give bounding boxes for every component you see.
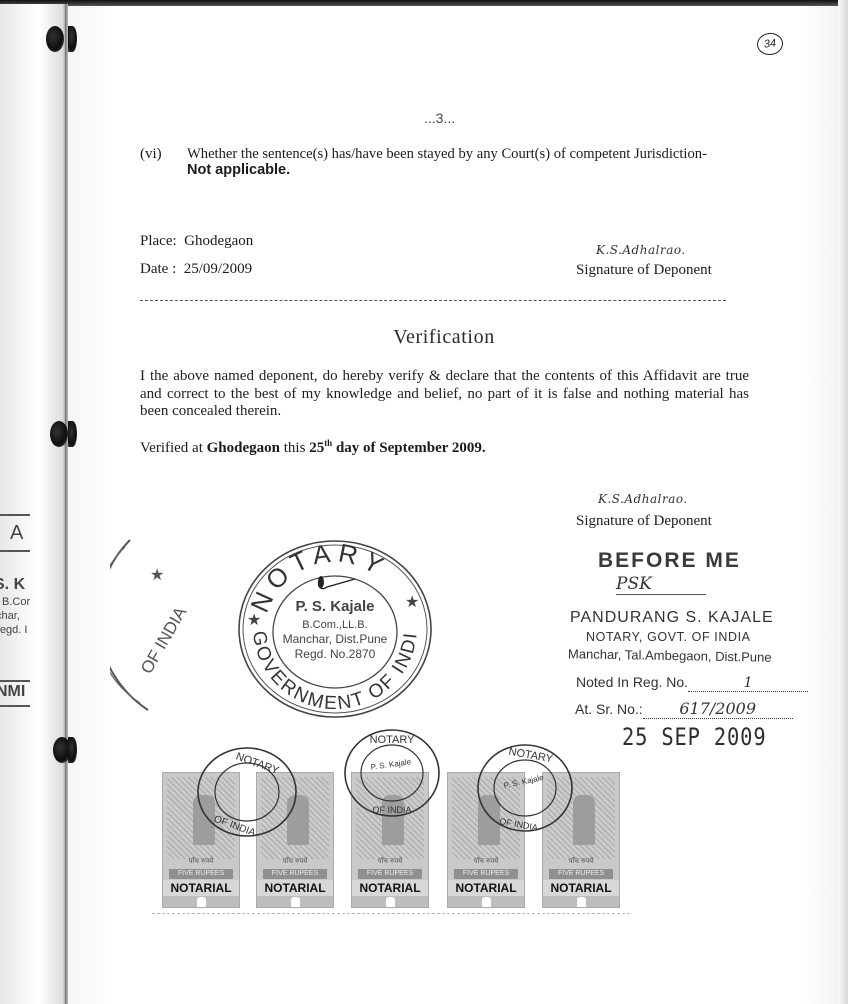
signature-caption: Signature of Deponent	[576, 262, 712, 279]
place-label: Place:	[140, 233, 177, 249]
reg-value: 1	[688, 675, 808, 692]
notary-signature: PSK	[616, 574, 706, 595]
punch-hole	[46, 26, 64, 52]
svg-text:NOTARY: NOTARY	[508, 746, 555, 766]
lion-capital-icon	[573, 795, 595, 845]
svg-text:NOTARY: NOTARY	[370, 734, 415, 746]
bleed-text: B.Cor	[2, 596, 30, 608]
serial-number-line: At. Sr. No.:617/2009	[575, 699, 793, 719]
bleed-text: char,	[0, 610, 20, 622]
before-me-stamp: BEFORE ME	[598, 549, 741, 573]
partial-seal-text: OF INDIA	[137, 603, 191, 677]
notary-title: NOTARY, GOVT. OF INDIA	[586, 630, 751, 644]
verification-signature: K.S.Adhalrao.	[598, 492, 688, 506]
verified-mid: this	[280, 440, 309, 456]
place-value: Ghodegaon	[184, 233, 253, 249]
deponent-signature: K.S.Adhalrao.	[596, 243, 686, 257]
verification-body: I the above named deponent, do hereby ve…	[140, 368, 749, 421]
left-page-stamp-fragment: A S. K B.Cor char, Regd. I NMI	[0, 510, 32, 720]
item-question: Whether the sentence(s) has/have been st…	[187, 146, 707, 163]
seal-signature	[319, 577, 355, 589]
place-field: Place: Ghodegaon	[140, 233, 253, 250]
india-map-icon	[386, 897, 395, 908]
page-marker: ...3...	[424, 110, 455, 126]
bleed-text: A	[10, 522, 23, 545]
signature-caption: Signature of Deponent	[576, 513, 712, 530]
svg-text:P. S. Kajale: P. S. Kajale	[370, 757, 412, 772]
svg-text:★: ★	[150, 567, 164, 584]
scan-right-edge	[838, 0, 848, 1004]
svg-text:Regd. No.2870: Regd. No.2870	[295, 647, 376, 661]
date-label: Date :	[140, 261, 176, 277]
svg-text:★: ★	[247, 612, 261, 629]
svg-text:P. S. Kajale: P. S. Kajale	[296, 598, 375, 615]
left-page-edge	[0, 4, 66, 1004]
partial-notary-seal: OF INDIA ★	[110, 535, 200, 715]
notary-name: PANDURANG S. KAJALE	[570, 609, 774, 627]
india-map-icon	[577, 897, 586, 908]
date-stamp: 25 SEP 2009	[622, 723, 766, 751]
dashed-divider	[140, 300, 726, 301]
bleed-text: S. K	[0, 576, 25, 594]
verified-day: 25th day of September 2009.	[309, 440, 485, 456]
notary-seal: NOTARY GOVERNMENT OF INDIA ★ ★ P. S. Kaj…	[235, 537, 435, 722]
stamp-cancel-seal: NOTARY OF INDIA	[195, 745, 300, 840]
register-number-line: Noted In Reg. No.1	[576, 674, 808, 692]
punch-hole	[68, 737, 77, 763]
stamp-cancel-seal: NOTARY P. S. Kajale OF INDIA	[342, 727, 442, 819]
svg-text:OF INDIA: OF INDIA	[372, 805, 411, 815]
binding-spine	[65, 4, 68, 1004]
verification-heading: Verification	[0, 326, 848, 349]
date-value: 25/09/2009	[184, 261, 252, 277]
verified-place: Ghodegaon	[207, 440, 280, 456]
india-map-icon	[197, 897, 206, 908]
item-number: (vi)	[140, 146, 162, 163]
punch-hole	[68, 421, 77, 447]
india-map-icon	[291, 897, 300, 908]
punch-hole	[50, 421, 68, 447]
india-map-icon	[482, 897, 491, 908]
date-field: Date : 25/09/2009	[140, 261, 252, 278]
svg-text:Manchar, Dist.Pune: Manchar, Dist.Pune	[283, 632, 388, 646]
sr-value: 617/2009	[643, 699, 793, 719]
bleed-text: Regd. I	[0, 624, 27, 636]
bleed-text: NMI	[0, 683, 25, 701]
svg-text:★: ★	[405, 594, 419, 611]
reg-label: Noted In Reg. No.	[576, 674, 688, 690]
sr-label: At. Sr. No.:	[575, 701, 643, 717]
svg-text:P. S. Kajale: P. S. Kajale	[503, 773, 545, 790]
verified-at-line: Verified at Ghodegaon this 25th day of S…	[140, 438, 486, 457]
item-answer: Not applicable.	[187, 162, 290, 178]
punch-hole	[68, 26, 77, 52]
verified-prefix: Verified at	[140, 440, 207, 456]
stamp-cancel-seal: NOTARY P. S. Kajale OF INDIA	[475, 742, 575, 834]
svg-text:B.Com.,LL.B.: B.Com.,LL.B.	[302, 619, 367, 631]
